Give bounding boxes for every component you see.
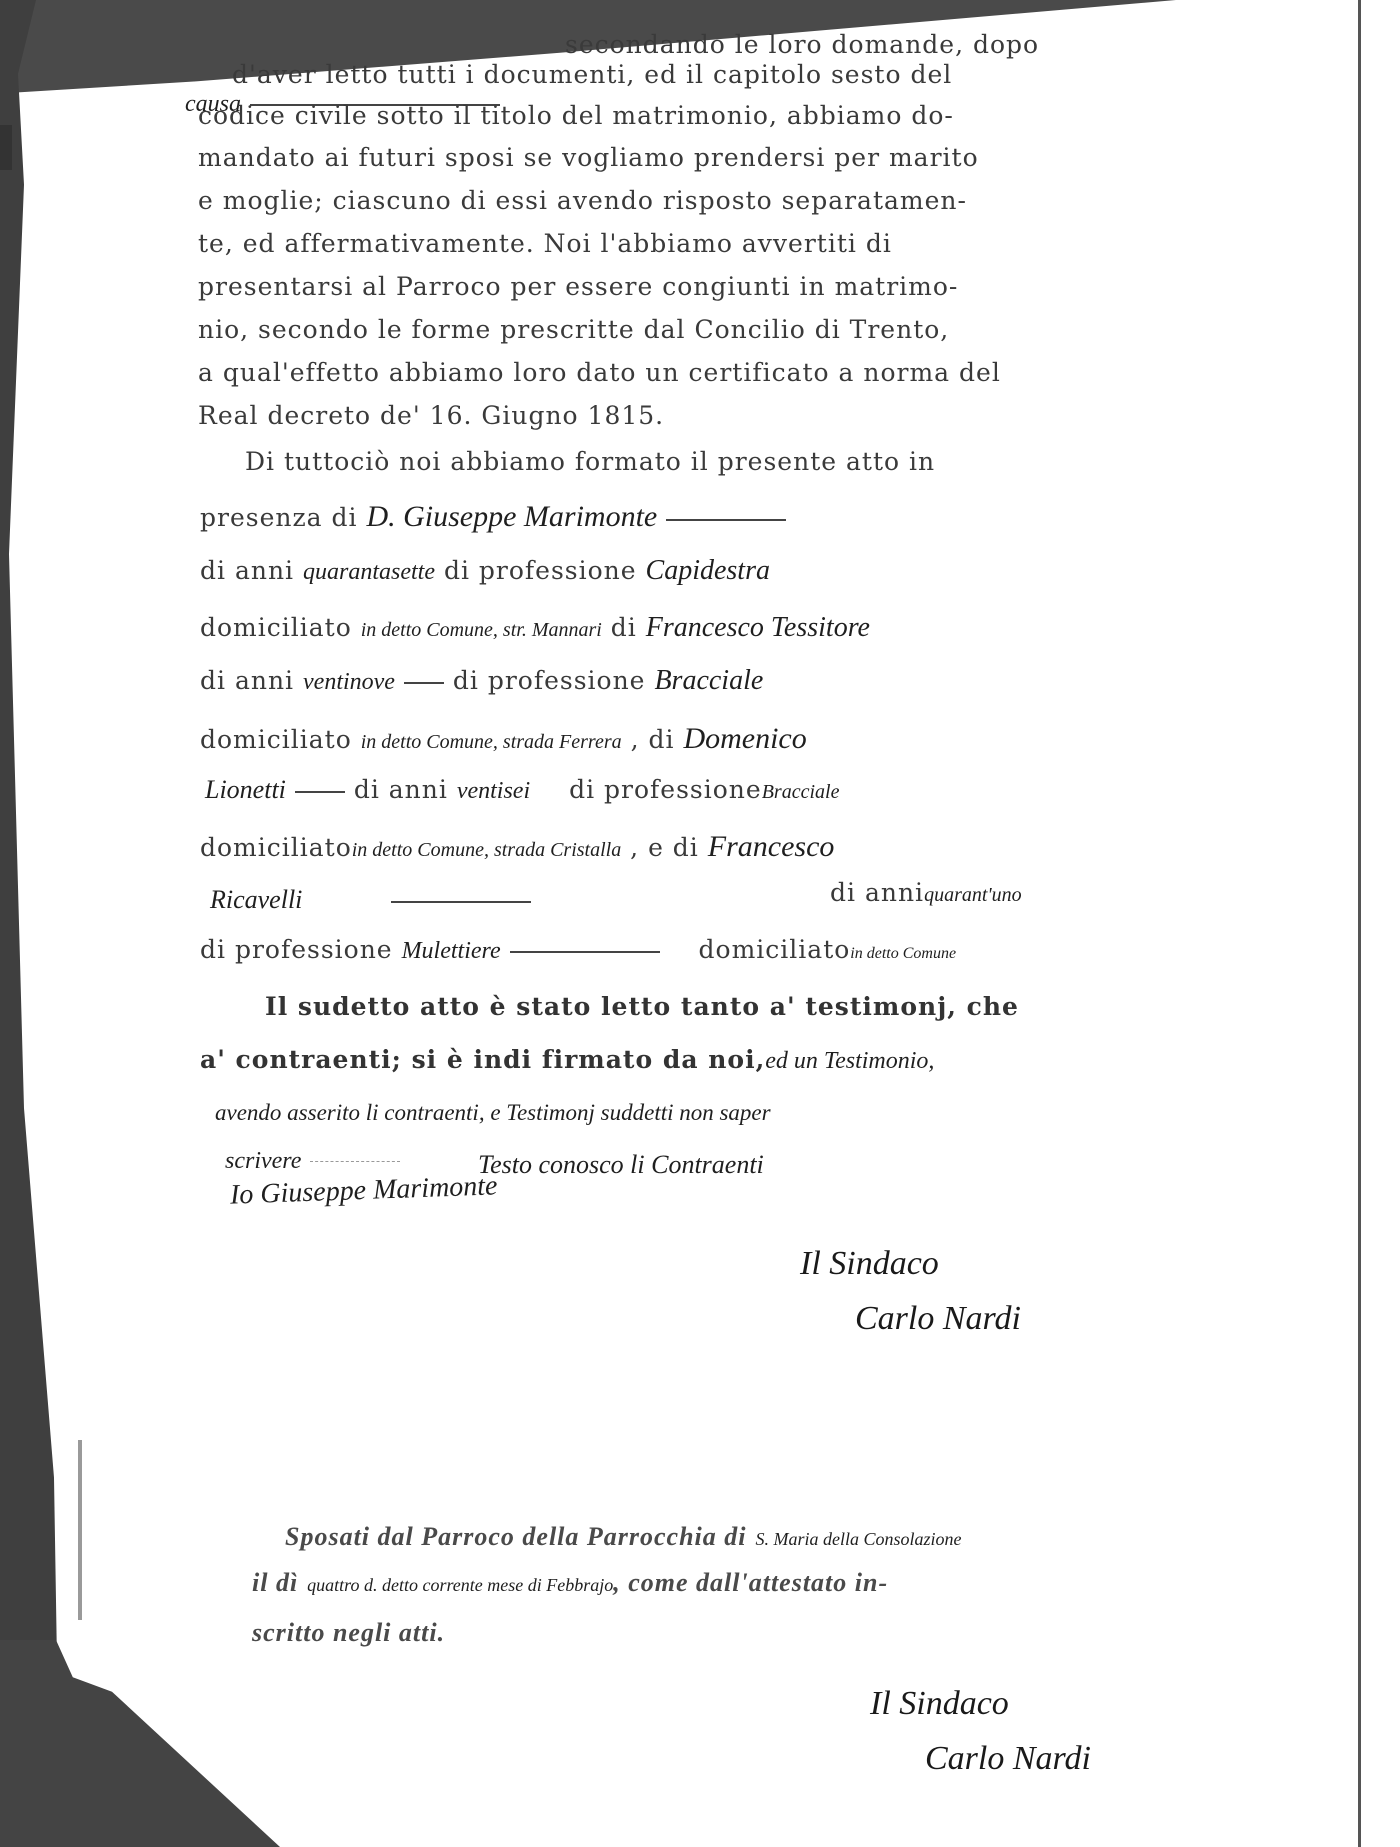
text-line: te, ed affermativamente. Noi l'abbiamo a… bbox=[198, 229, 892, 258]
scan-background-bottom-left bbox=[0, 1640, 280, 1847]
text-line: mandato ai futuri sposi se vogliamo pren… bbox=[198, 143, 979, 172]
witness-1-details: di anni quarantasette di professione Cap… bbox=[200, 555, 770, 587]
witness-3-age: ventisei bbox=[457, 778, 530, 804]
text-line: Real decreto de' 16. Giugno 1815. bbox=[198, 401, 664, 430]
fill-line bbox=[404, 682, 444, 684]
signature-name: Carlo Nardi bbox=[925, 1740, 1091, 1778]
signature-title: Il Sindaco bbox=[870, 1685, 1009, 1723]
page-edge-right bbox=[1358, 0, 1361, 1847]
witness-4-profession: Mulettiere bbox=[402, 938, 501, 964]
text-line: nio, secondo le forme prescritte dal Con… bbox=[198, 315, 949, 344]
witness-1-profession: Capidestra bbox=[646, 555, 770, 586]
witness-1-line: presenza di D. Giuseppe Marimonte bbox=[200, 500, 786, 534]
witness-4-details: di professione Mulettiere domiciliatoin … bbox=[200, 935, 956, 965]
witness-4-name: Francesco bbox=[708, 830, 835, 863]
text-line: e moglie; ciascuno di essi avendo rispos… bbox=[198, 186, 967, 215]
fill-line bbox=[391, 901, 531, 903]
witness-4-age-line: di anniquarant'uno bbox=[830, 878, 1022, 907]
text-line: d'aver letto tutti i documenti, ed il ca… bbox=[232, 60, 952, 89]
binding-mark bbox=[0, 125, 12, 170]
text-line: a' contraenti; si è indi firmato da noi,… bbox=[200, 1045, 934, 1075]
text-line: secondando le loro domande, dopo bbox=[565, 30, 1039, 59]
text-line: scritto negli atti. bbox=[252, 1618, 445, 1648]
text-line: Sposati dal Parroco della Parrocchia di … bbox=[285, 1522, 961, 1552]
witness-3-name: Domenico bbox=[683, 722, 806, 755]
witness-1-domicile: domiciliato in detto Comune, str. Mannar… bbox=[200, 612, 870, 644]
witness-4-name-line: Ricavelli bbox=[210, 885, 531, 915]
text-line: presentarsi al Parroco per essere congiu… bbox=[198, 272, 958, 301]
witness-2-name: Francesco Tessitore bbox=[646, 612, 870, 643]
fill-line bbox=[310, 1161, 400, 1162]
signature-title: Il Sindaco bbox=[800, 1245, 939, 1283]
text-line: il dì quattro d. detto corrente mese di … bbox=[252, 1568, 888, 1598]
scan-background-left bbox=[0, 0, 60, 1847]
fill-line bbox=[666, 519, 786, 521]
witness-2-domicile: domiciliato in detto Comune, strada Ferr… bbox=[200, 722, 807, 756]
witness-3-domicile: domiciliatoin detto Comune, strada Crist… bbox=[200, 830, 834, 864]
handwritten-line: scrivere bbox=[225, 1145, 400, 1175]
witness-1-name: D. Giuseppe Marimonte bbox=[366, 500, 657, 533]
handwritten-line: Testo conosco li Contraenti bbox=[478, 1150, 764, 1180]
text-line: a qual'effetto abbiamo loro dato un cert… bbox=[198, 358, 1001, 387]
witness-2-details: di anni ventinove di professione Braccia… bbox=[200, 665, 763, 697]
page-edge-left bbox=[78, 1440, 82, 1620]
signature-name: Carlo Nardi bbox=[855, 1300, 1021, 1338]
witness-4-age: quarant'uno bbox=[924, 884, 1022, 906]
text-line: codice civile sotto il titolo del matrim… bbox=[198, 101, 954, 130]
handwritten-line: avendo asserito li contraenti, e Testimo… bbox=[215, 1100, 771, 1126]
witness-signature: Io Giuseppe Marimonte bbox=[230, 1170, 498, 1211]
witness-2-age: ventinove bbox=[303, 669, 395, 695]
fill-line bbox=[295, 791, 345, 793]
text-line: Il sudetto atto è stato letto tanto a' t… bbox=[265, 992, 1019, 1021]
text-line: Di tuttociò noi abbiamo formato il prese… bbox=[245, 447, 935, 476]
fill-line bbox=[510, 951, 660, 953]
witness-1-age: quarantasette bbox=[303, 559, 435, 585]
witness-2-profession: Bracciale bbox=[654, 665, 763, 696]
witness-3-profession: Bracciale bbox=[762, 781, 840, 803]
witness-3-details: Lionetti di anni ventisei di professione… bbox=[205, 775, 839, 805]
